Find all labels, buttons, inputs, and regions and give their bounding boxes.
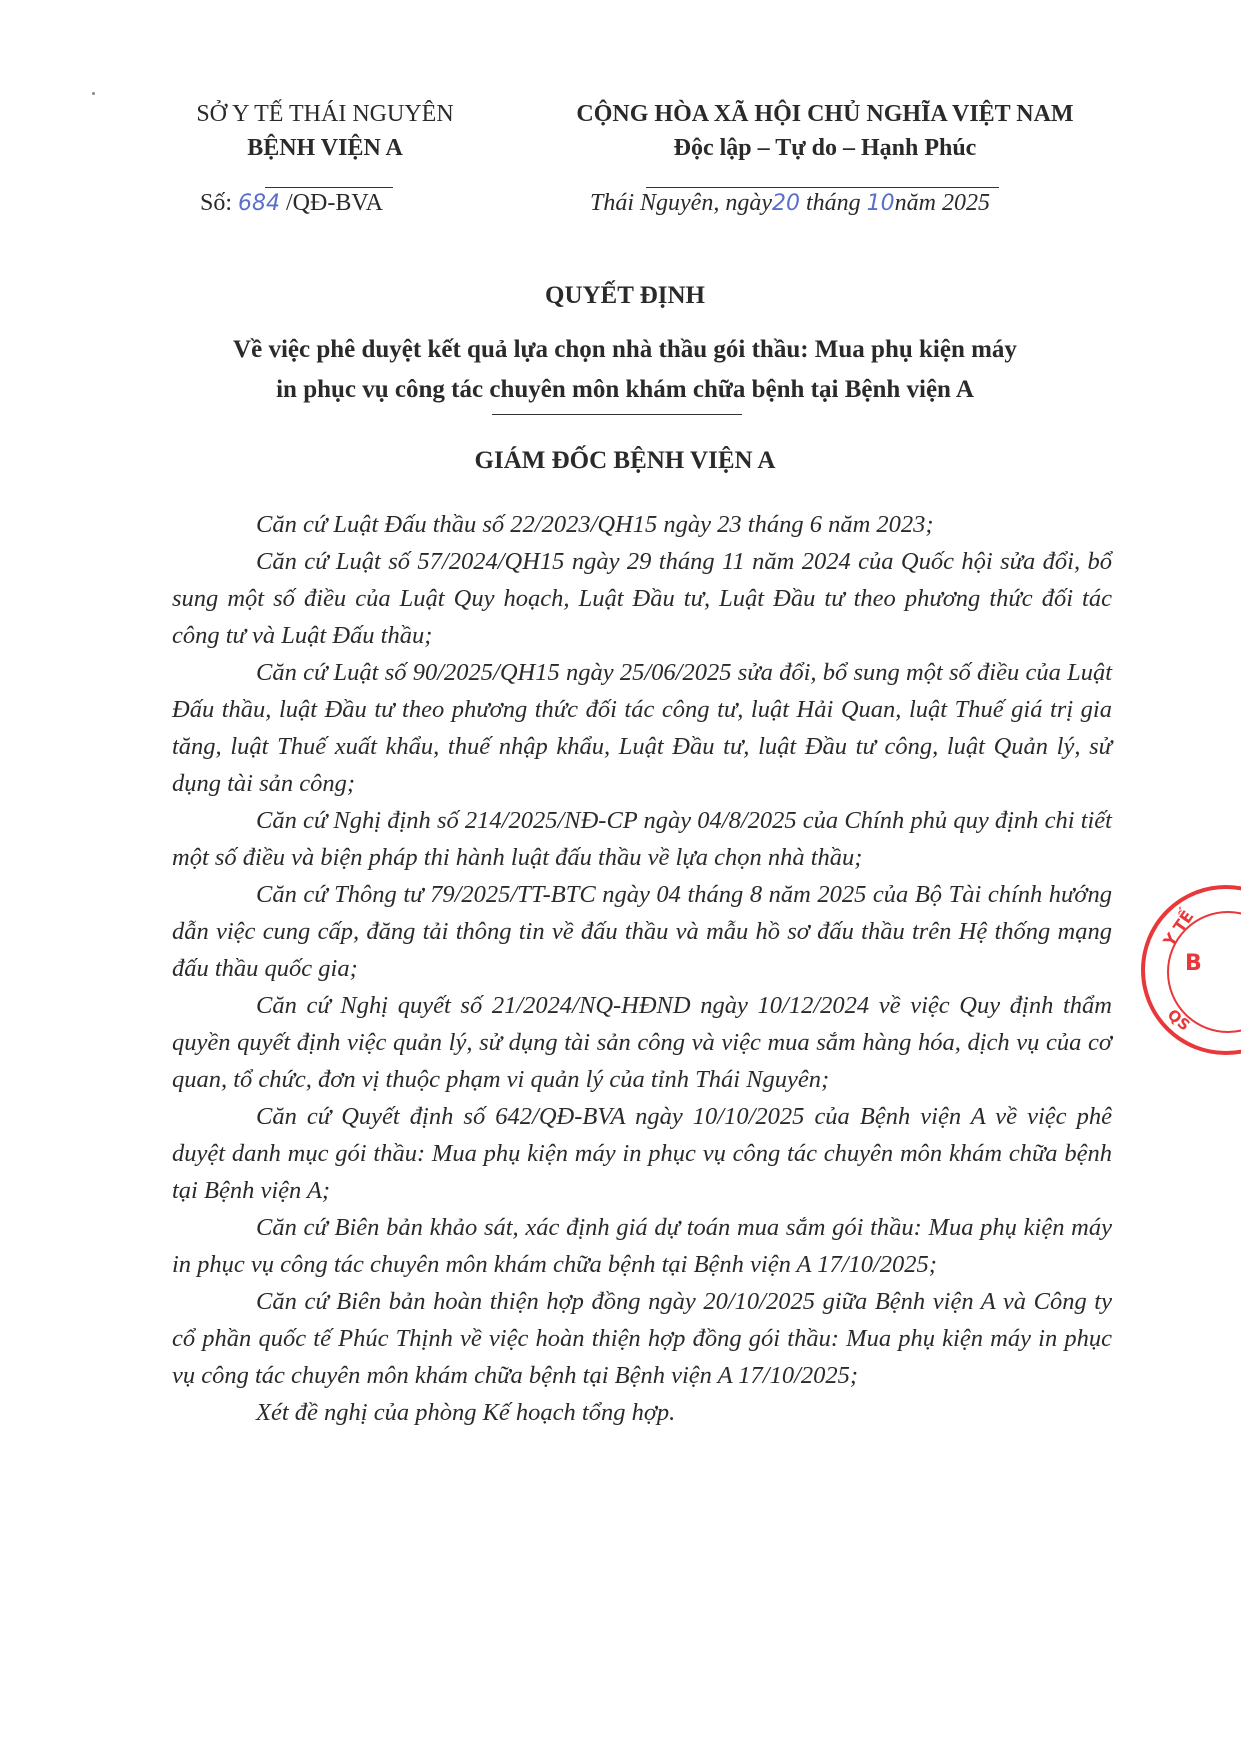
agency-parent: SỞ Y TẾ THÁI NGUYÊN: [150, 97, 500, 131]
date-line: Thái Nguyên, ngày20 tháng 10năm 2025: [590, 186, 990, 221]
subject-underline: [492, 414, 742, 415]
number-handwritten: 684: [238, 191, 280, 216]
basis-item: Căn cứ Quyết định số 642/QĐ-BVA ngày 10/…: [172, 1098, 1112, 1209]
stamp-text-inner: B: [1185, 951, 1202, 976]
issuing-authority: GIÁM ĐỐC BỆNH VIỆN A: [150, 447, 1100, 475]
basis-item: Xét đề nghị của phòng Kế hoạch tổng hợp.: [172, 1394, 1112, 1431]
nation-block: CỘNG HÒA XÃ HỘI CHỦ NGHĨA VIỆT NAM Độc l…: [520, 97, 1130, 165]
document-number: Số: 684 /QĐ-BVA: [200, 186, 383, 221]
basis-item: Căn cứ Thông tư 79/2025/TT-BTC ngày 04 t…: [172, 876, 1112, 987]
date-year: năm 2025: [895, 190, 990, 216]
basis-item: Căn cứ Luật số 57/2024/QH15 ngày 29 thán…: [172, 543, 1112, 654]
basis-item: Căn cứ Nghị định số 214/2025/NĐ-CP ngày …: [172, 802, 1112, 876]
document-title: QUYẾT ĐỊNH: [150, 282, 1100, 310]
date-place: Thái Nguyên, ngày: [590, 190, 772, 216]
legal-basis: Căn cứ Luật Đấu thầu số 22/2023/QH15 ngà…: [172, 506, 1112, 1431]
basis-item: Căn cứ Nghị quyết số 21/2024/NQ-HĐND ngà…: [172, 987, 1112, 1098]
basis-item: Căn cứ Luật số 90/2025/QH15 ngày 25/06/2…: [172, 654, 1112, 802]
agency-block: SỞ Y TẾ THÁI NGUYÊN BỆNH VIỆN A: [150, 97, 500, 165]
basis-item: Căn cứ Biên bản hoàn thiện hợp đồng ngày…: [172, 1283, 1112, 1394]
date-month: 10: [867, 191, 895, 216]
subject-line-2: in phục vụ công tác chuyên môn khám chữa…: [150, 370, 1100, 410]
date-month-label: tháng: [806, 190, 861, 216]
nation-title: CỘNG HÒA XÃ HỘI CHỦ NGHĨA VIỆT NAM: [520, 97, 1130, 131]
subject: Về việc phê duyệt kết quả lựa chọn nhà t…: [150, 330, 1100, 410]
basis-item: Căn cứ Biên bản khảo sát, xác định giá d…: [172, 1209, 1112, 1283]
subject-line-1: Về việc phê duyệt kết quả lựa chọn nhà t…: [150, 330, 1100, 370]
motto: Độc lập – Tự do – Hạnh Phúc: [520, 131, 1130, 165]
number-prefix: Số:: [200, 190, 232, 216]
number-suffix: /QĐ-BVA: [286, 190, 383, 216]
scan-speck: [92, 92, 95, 95]
basis-item: Căn cứ Luật Đấu thầu số 22/2023/QH15 ngà…: [172, 506, 1112, 543]
date-day: 20: [772, 191, 800, 216]
agency-name: BỆNH VIỆN A: [150, 131, 500, 165]
official-stamp: Y TẾ B QS: [1141, 885, 1241, 1055]
